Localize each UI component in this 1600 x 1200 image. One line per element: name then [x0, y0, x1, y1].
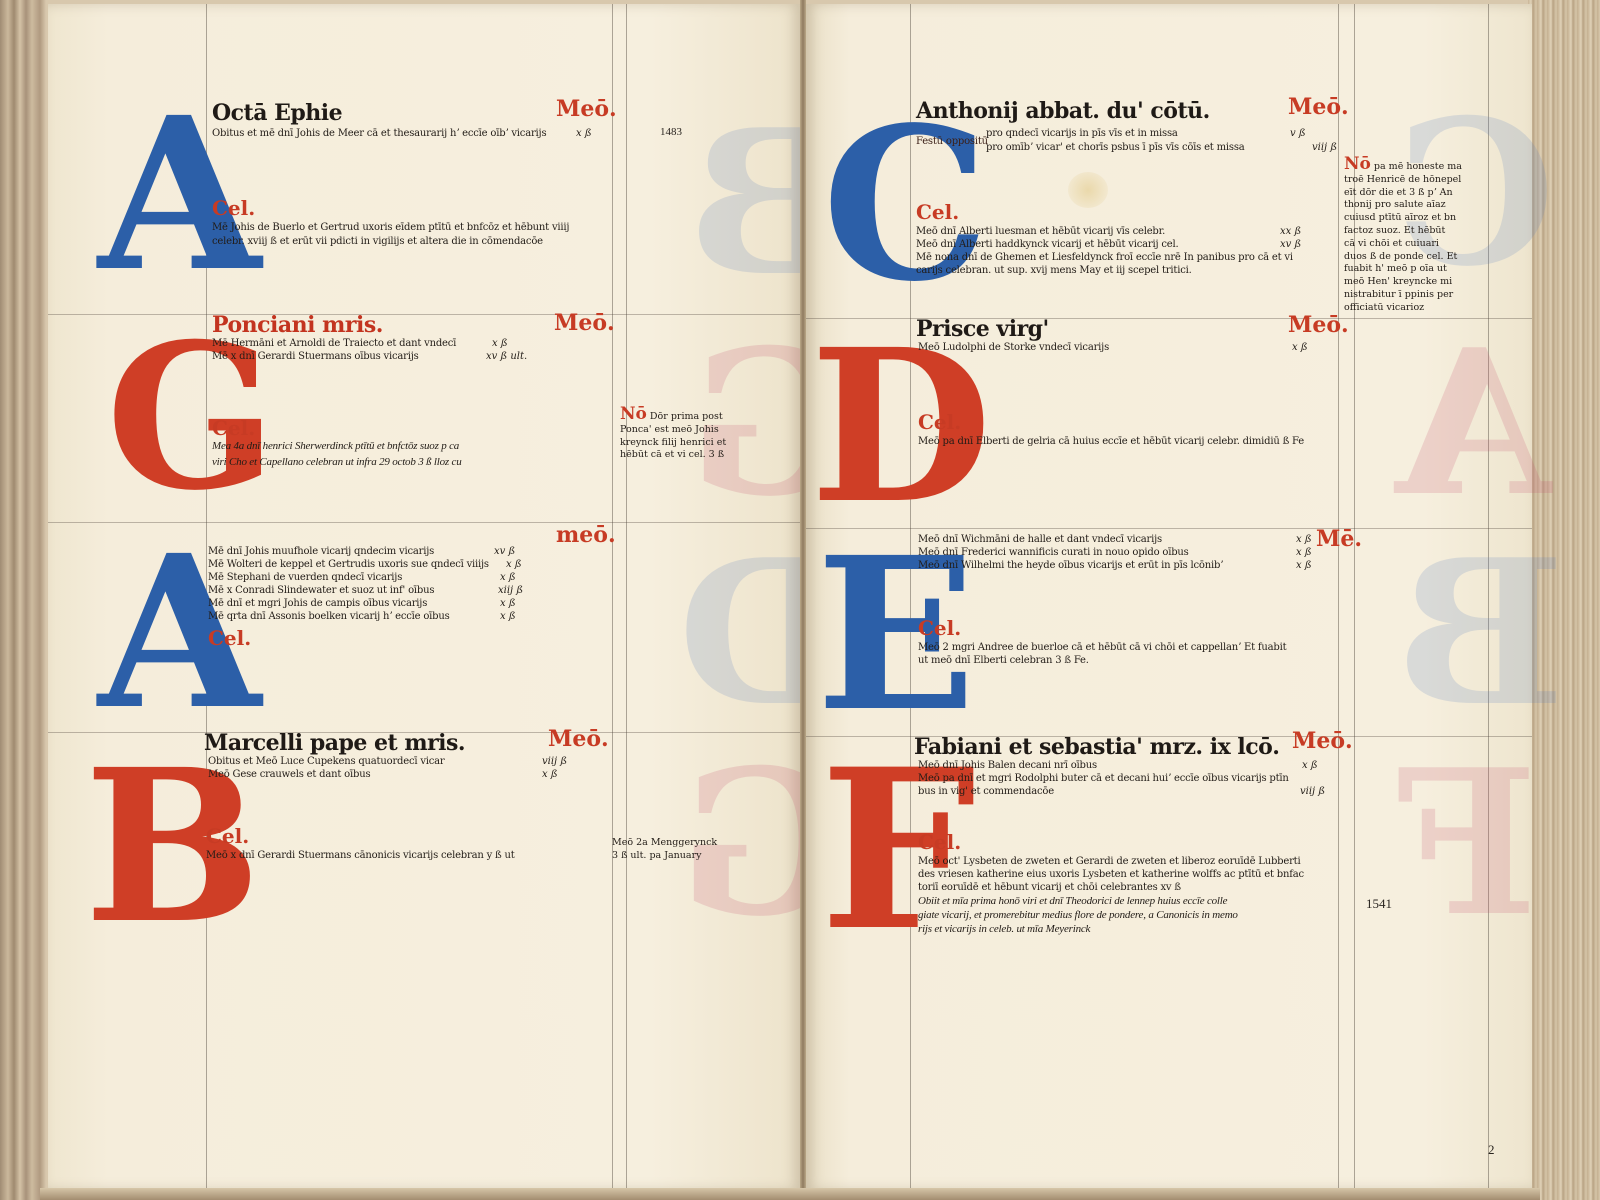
entry-line: Meō Gese crauwels et dant oībus [208, 769, 370, 780]
margin-year: 1483 [660, 126, 682, 138]
entry-line: Mē Hermāni et Arnoldi de Traiecto et dan… [212, 338, 456, 349]
entry-line: Mē nona dnī de Ghemen et Liesfeldynck fr… [916, 252, 1293, 263]
nota-mark: Nō [1344, 154, 1371, 174]
entry-line: Mē dnī et mgri Johis de campis oībus vic… [208, 598, 427, 609]
illuminated-initial: E [816, 530, 916, 740]
entry-line: bus in vig' et commendacōe [918, 786, 1054, 797]
entry-amount: x ß [500, 611, 516, 622]
memoria-marker: Meō. [1288, 94, 1349, 120]
feast-heading: Anthonij abbat. du' cōtū. [916, 98, 1210, 124]
entry-line: Mē Wolteri de keppel et Gertrudis uxoris… [208, 559, 489, 570]
memoria-marker: Meō. [548, 726, 609, 752]
feast-heading: Fabiani et sebastia' mrz. ix lcō. [914, 734, 1279, 760]
entry-line: Obitus et mē dnī Johis de Meer cā et the… [212, 128, 546, 139]
feast-heading: Marcelli pape et mris. [204, 730, 465, 756]
illuminated-initial: B [84, 742, 214, 952]
illuminated-initial: F [820, 740, 920, 960]
margin-note: Nō Dōr prima post Ponca' est meō Johis k… [620, 408, 726, 462]
ruling-line [626, 4, 627, 1190]
illuminated-initial: G [106, 318, 206, 518]
entry-amount: x ß [1296, 547, 1312, 558]
illuminated-initial: A [98, 528, 208, 738]
entry-line: rijs et vicarijs in celeb. ut mīa Meyeri… [918, 923, 1090, 935]
illuminated-initial: A [98, 90, 208, 300]
entry-line: viri Cho et Capellano celebran ut infra … [212, 456, 462, 468]
memoria-marker: meō. [556, 522, 616, 548]
entry-line: pro qndecī vicarijs in pīs vīs et in mis… [986, 128, 1178, 139]
folio-number: 2 [1488, 1142, 1495, 1158]
illuminated-initial: C [822, 100, 912, 310]
show-through-initial: F [1396, 744, 1538, 944]
celebration-label: Cel. [206, 824, 249, 848]
celebration-label: Cel. [918, 616, 961, 640]
celebration-label: Cel. [918, 830, 961, 854]
celebration-label: Cel. [208, 626, 251, 650]
entry-amount: x ß [500, 598, 516, 609]
entry-amount: x ß [506, 559, 522, 570]
entry-amount: xv ß ult. [486, 351, 527, 362]
entry-line: Mē Stephani de vuerden qndecī vicarijs [208, 572, 402, 583]
entry-line: pro omībʼ vicar' et chorīs psbus ī pīs v… [986, 142, 1245, 153]
entry-line: Meō dnī Wichmāni de halle et dant vndecī… [918, 534, 1162, 545]
entry-line: Meō x dnī Gerardi Stuermans cānonicis vi… [206, 850, 515, 861]
festum-label: Festū oppositū [916, 136, 988, 147]
celebration-label: Cel. [918, 410, 961, 434]
entry-line: toriī eoruīdē et hēbunt vicarij et chōi … [918, 882, 1181, 893]
feast-heading: Octā Ephie [212, 100, 342, 126]
memoria-marker: Meō. [556, 96, 617, 122]
entry-line: des vriesen katherine eius uxoris Lysbet… [918, 869, 1304, 880]
entry-line: Obiit et mīa prima honō viri et dnī Theo… [918, 895, 1227, 907]
entry-line: Mē x dnī Gerardi Stuermans oībus vicarij… [212, 351, 419, 362]
memoria-marker: Mē. [1316, 526, 1362, 552]
celebration-label: Cel. [212, 196, 255, 220]
margin-note: Meō 2a Menggerynck 3 ß ult. pa January [612, 837, 717, 863]
memoria-marker: Meō. [1288, 312, 1349, 338]
book-bottom-edge [40, 1188, 1540, 1200]
entry-line: ut meō dnī Elberti celebran 3 ß Fe. [918, 655, 1089, 666]
entry-amount: xiij ß [498, 585, 523, 596]
entry-amount: viij ß [542, 756, 567, 767]
show-through-initial: B [1396, 534, 1565, 734]
entry-amount: x ß [576, 128, 592, 139]
entry-line: giate vicarij, et promerebitur medius fl… [918, 909, 1238, 921]
margin-note: Nō pa mē honeste ma troē Henricē de hōne… [1344, 158, 1462, 315]
entry-line: Meō dnī Frederici wannificis curati in n… [918, 547, 1189, 558]
entry-amount: viij ß [1312, 142, 1337, 153]
entry-line: Meō 2 mgri Andree de buerloe cā et hēbūt… [918, 642, 1286, 653]
entry-amount: x ß [500, 572, 516, 583]
entry-amount: x ß [1302, 760, 1318, 771]
illuminated-initial: D [810, 322, 910, 532]
entry-amount: v ß [1290, 128, 1306, 139]
entry-line: Meō dnī Alberti luesman et hēbūt vicarij… [916, 226, 1165, 237]
entry-amount: xv ß [494, 546, 515, 557]
memoria-marker: Meō. [554, 310, 615, 336]
entry-amount: x ß [1296, 560, 1312, 571]
right-page: C A B F C D E F Anthonij abbat. du' cōtū… [806, 4, 1532, 1190]
left-page: B G D G A G A B Octā Ephie Meō. Obitus e… [48, 4, 800, 1190]
entry-line: celebr. xviij ß et erūt vii pdicti in vi… [212, 236, 543, 247]
entry-line: Meō dnī Alberti haddkynck vicarij et hēb… [916, 239, 1178, 250]
entry-line: Mē x Conradi Slindewater et suoz ut inf'… [208, 585, 434, 596]
entry-line: Meō pa dnī Elberti de gelria cā huius ec… [918, 436, 1304, 447]
entry-amount: x ß [542, 769, 558, 780]
entry-line: Meō oct' Lysbeten de zweten et Gerardi d… [918, 856, 1301, 867]
entry-amount: xx ß [1280, 226, 1301, 237]
entry-amount: x ß [492, 338, 508, 349]
entry-amount: x ß [1296, 534, 1312, 545]
entry-line: carijs celebran. ut sup. xvij mens May e… [916, 265, 1192, 276]
margin-year: 1541 [1366, 896, 1392, 912]
entry-line: Meō pa dnī et mgri Rodolphi buter cā et … [918, 773, 1289, 784]
entry-line: Mē Johis de Buerlo et Gertrud uxoris eīd… [212, 222, 569, 233]
feast-heading: Prisce virg' [916, 316, 1049, 342]
entry-line: Mē dnī Johis muufhole vicarij qndecim vi… [208, 546, 434, 557]
entry-line: Meō dnī Johis Balen decani nrī oībus [918, 760, 1097, 771]
entry-amount: x ß [1292, 342, 1308, 353]
ruling-line [612, 4, 613, 1190]
entry-line: Obitus et Meō Luce Cupekens quatuordecī … [208, 756, 445, 767]
nota-mark: Nō [620, 404, 647, 424]
celebration-label: Cel. [916, 200, 959, 224]
entry-amount: viij ß [1300, 786, 1325, 797]
entry-line: Mea 4a dnī henrici Sherwerdinck ptītū et… [212, 440, 459, 452]
entry-line: Meō dnī Wilhelmi the heyde oībus vicarij… [918, 560, 1223, 571]
ruling-line [1338, 4, 1339, 1190]
entry-line: Meō Ludolphi de Storke vndecī vicarijs [918, 342, 1109, 353]
parchment-stain [1068, 172, 1108, 208]
entry-line: Mē qrta dnī Assonis boelken vicarij hʼ e… [208, 611, 450, 622]
feast-heading: Ponciani mris. [212, 312, 383, 338]
entry-amount: xv ß [1280, 239, 1301, 250]
show-through-initial: A [1396, 324, 1551, 524]
memoria-marker: Meō. [1292, 728, 1353, 754]
celebration-label: Cel. [212, 416, 255, 440]
